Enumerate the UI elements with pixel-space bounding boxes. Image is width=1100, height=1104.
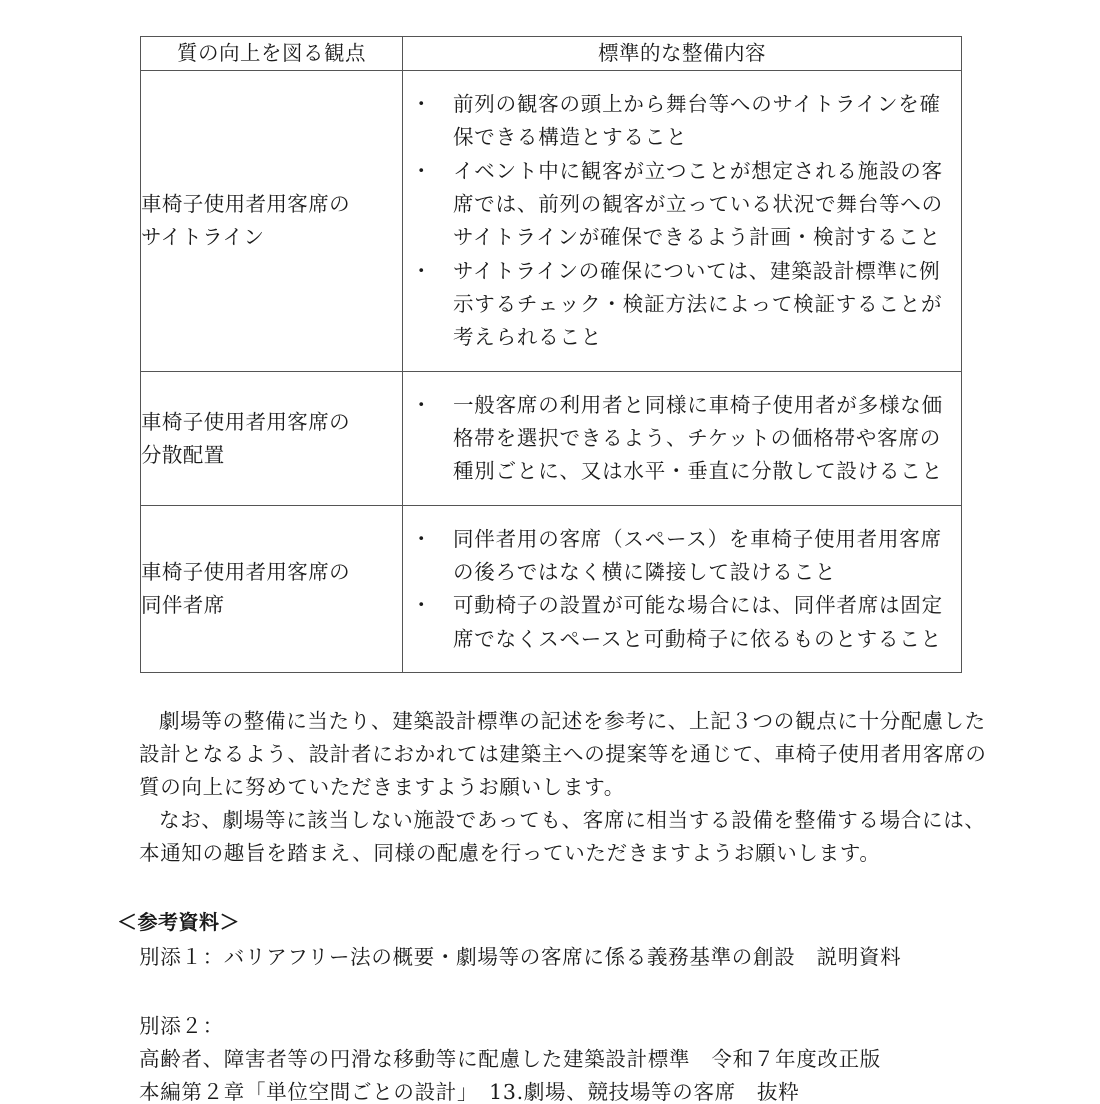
body-text: 劇場等の整備に当たり、建築設計標準の記述を参考に、上記３つの観点に十分配慮した設… [139, 705, 987, 870]
content-cell: ・前列の観客の頭上から舞台等へのサイトラインを確保できる構造とすること ・イベン… [403, 71, 962, 372]
aspect-line: 分散配置 [141, 439, 402, 472]
list-item: ・可動椅子の設置が可能な場合には、同伴者席は固定席でなくスペースと可動椅子に依る… [403, 589, 961, 656]
aspect-line: 同伴者席 [141, 589, 402, 622]
content-cell: ・一般客席の利用者と同様に車椅子使用者が多様な価格帯を選択できるよう、チケットの… [403, 372, 962, 506]
aspect-line: 車椅子使用者用客席の [141, 188, 402, 221]
aspect-cell: 車椅子使用者用客席の 分散配置 [141, 372, 403, 506]
attachment-1: 別添１：バリアフリー法の概要・劇場等の客席に係る義務基準の創設 説明資料 [139, 940, 901, 970]
table-header-row: 質の向上を図る観点 標準的な整備内容 [141, 37, 962, 71]
aspect-line: 車椅子使用者用客席の [141, 406, 402, 439]
aspect-cell: 車椅子使用者用客席の サイトライン [141, 71, 403, 372]
table-row-sightline: 車椅子使用者用客席の サイトライン ・前列の観客の頭上から舞台等へのサイトライン… [141, 71, 962, 372]
attachment-2-excerpt: 本編第２章「単位空間ごとの設計」 13.劇場、競技場等の客席 抜粋 [139, 1075, 799, 1104]
quality-improvement-table: 質の向上を図る観点 標準的な整備内容 車椅子使用者用客席の サイトライン ・前列… [140, 36, 962, 673]
bullet-icon: ・ [411, 155, 431, 188]
aspect-line: 車椅子使用者用客席の [141, 556, 402, 589]
header-aspect: 質の向上を図る観点 [141, 37, 403, 71]
list-item: ・イベント中に観客が立つことが想定される施設の客席では、前列の観客が立っている状… [403, 155, 961, 255]
references-heading: ＜参考資料＞ [117, 906, 240, 935]
bullet-icon: ・ [411, 88, 431, 121]
list-item: ・サイトラインの確保については、建築設計標準に例示するチェック・検証方法によって… [403, 255, 961, 355]
table-row-companion: 車椅子使用者用客席の 同伴者席 ・同伴者用の客席（スペース）を車椅子使用者用客席… [141, 506, 962, 673]
paragraph: なお、劇場等に該当しない施設であっても、客席に相当する設備を整備する場合には、本… [139, 804, 987, 870]
bullet-icon: ・ [411, 523, 431, 556]
bullet-icon: ・ [411, 255, 431, 288]
header-standard-content: 標準的な整備内容 [403, 37, 962, 71]
attachment-2-title: 高齢者、障害者等の円滑な移動等に配慮した建築設計標準 令和７年度改正版 [139, 1042, 881, 1072]
bullet-icon: ・ [411, 589, 431, 622]
table-row-distribution: 車椅子使用者用客席の 分散配置 ・一般客席の利用者と同様に車椅子使用者が多様な価… [141, 372, 962, 506]
bullet-icon: ・ [411, 389, 431, 422]
list-item: ・前列の観客の頭上から舞台等へのサイトラインを確保できる構造とすること [403, 88, 961, 155]
paragraph: 劇場等の整備に当たり、建築設計標準の記述を参考に、上記３つの観点に十分配慮した設… [139, 705, 987, 804]
document-page: 質の向上を図る観点 標準的な整備内容 車椅子使用者用客席の サイトライン ・前列… [0, 0, 1100, 1104]
aspect-line: サイトライン [141, 221, 402, 254]
attachment-2-label: 別添２： [139, 1009, 224, 1039]
content-cell: ・同伴者用の客席（スペース）を車椅子使用者用客席の後ろではなく横に隣接して設ける… [403, 506, 962, 673]
list-item: ・同伴者用の客席（スペース）を車椅子使用者用客席の後ろではなく横に隣接して設ける… [403, 523, 961, 590]
aspect-cell: 車椅子使用者用客席の 同伴者席 [141, 506, 403, 673]
list-item: ・一般客席の利用者と同様に車椅子使用者が多様な価格帯を選択できるよう、チケットの… [403, 389, 961, 489]
